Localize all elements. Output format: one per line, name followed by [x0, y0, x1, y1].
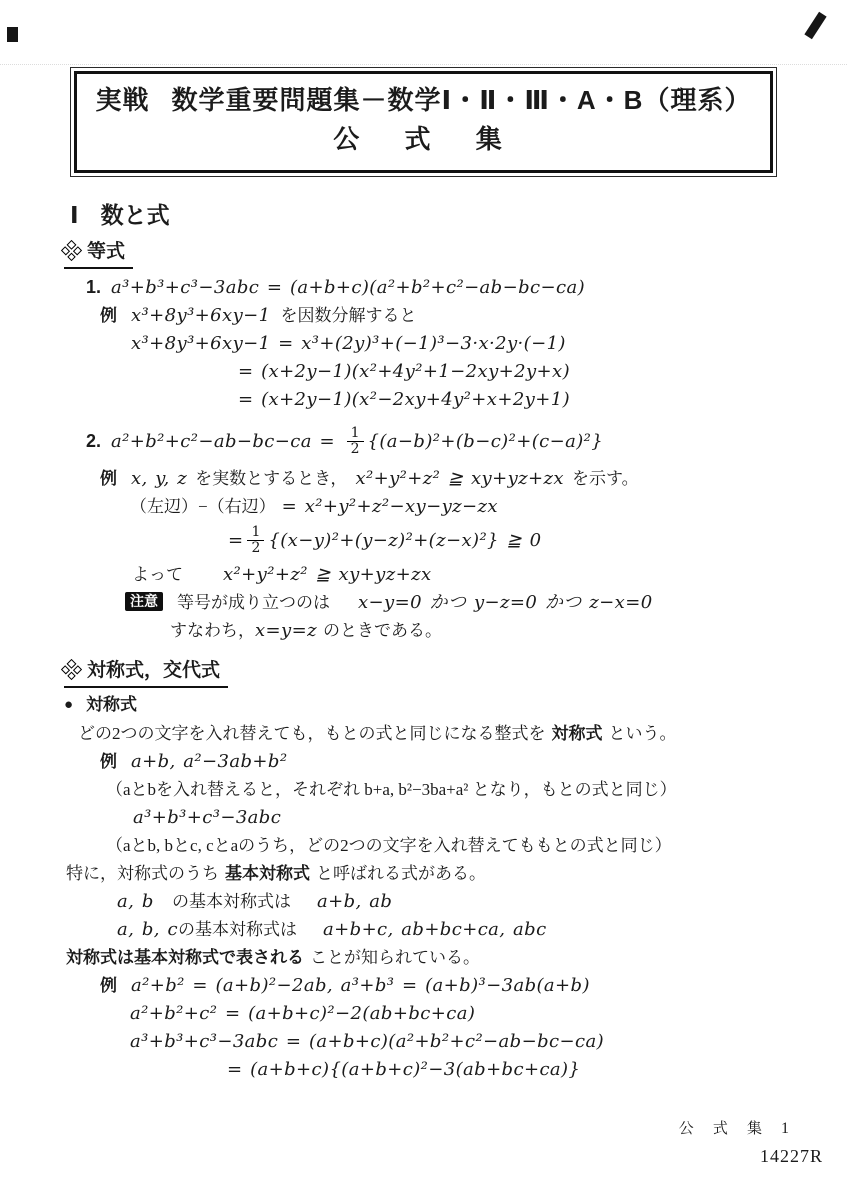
formula: = x²+y²+z²−xy−yz−zx: [282, 496, 498, 517]
text: よって: [132, 565, 183, 584]
topic-heading: ●対称式: [64, 691, 847, 720]
example-intro: 例x, y, zを実数とするとき，x²+y²+z² ≧ xy+yz+zxを示す。: [100, 465, 847, 493]
booklet-title-main: 数学重要問題集－数学Ⅰ・Ⅱ・Ⅲ・A・B（理系）: [172, 85, 752, 115]
formula: =: [228, 530, 243, 551]
derivation-line: x³+8y³+6xy−1 = x³+(2y)³+(−1)³−3·x·2y·(−1…: [131, 330, 847, 358]
subsection-heading-equality: 等式: [64, 240, 133, 269]
derivation-line: = (x+2y−1)(x²+4y²+1−2xy+2y+x): [238, 358, 847, 386]
text: の基本対称式は: [172, 892, 291, 911]
keyword: 対称式は基本対称式で表される: [66, 948, 304, 967]
booklet-title: 実戦数学重要問題集－数学Ⅰ・Ⅱ・Ⅲ・A・B（理系）: [77, 81, 770, 119]
formula: a+b, a²−3ab+b²: [131, 751, 287, 772]
text: 等号が成り立つのは: [177, 593, 330, 612]
text: （aとb, bとc, cとaのうち，どの2つの文字を入れ替えてももとの式と同じ）: [106, 836, 672, 855]
example-intro: 例x³+8y³+6xy−1を因数分解すると: [100, 302, 847, 330]
formula: x, y, z: [131, 468, 187, 489]
formula: a²+b²+c²−ab−bc−ca =: [111, 431, 343, 452]
item-number: 1.: [86, 277, 101, 297]
diamond-marker-icon: [61, 659, 82, 680]
formula: a+b+c, ab+bc+ca, abc: [323, 919, 547, 940]
footer-page-label: 公 式 集1: [679, 1117, 789, 1138]
example-label: 例: [100, 752, 117, 771]
fraction: 12: [247, 525, 264, 556]
footer-title: 公 式 集: [679, 1120, 765, 1137]
formula-line: a²+b²+c² = (a+b+c)²−2(ab+bc+ca): [130, 1000, 847, 1028]
formula: x=y=z: [255, 620, 317, 641]
text: のときである。: [323, 621, 442, 640]
footer-code: 14227R: [760, 1146, 823, 1167]
formula-line: a³+b³+c³−3abc: [133, 804, 847, 832]
booklet-subtitle: 公 式 集: [77, 119, 770, 159]
derivation-line: =12{(x−y)²+(y−z)²+(z−x)²} ≧ 0: [228, 521, 847, 561]
formula: {(a−b)²+(b−c)²+(c−a)²}: [368, 431, 604, 452]
text: を実数とするとき，: [195, 469, 347, 488]
fraction: 12: [347, 426, 364, 457]
text: 特に，対称式のうち: [66, 864, 219, 883]
formula: a³+b³+c³−3abc = (a+b+c)(a²+b²+c²−ab−bc−c…: [130, 1031, 604, 1052]
scan-artifact-line: [0, 64, 847, 65]
fraction-numerator: 1: [247, 525, 264, 540]
example-label: 例: [100, 469, 117, 488]
text: すなわち，: [170, 621, 255, 640]
example-label: 例: [100, 976, 117, 995]
example-intro: 例a²+b² = (a+b)²−2ab, a³+b³ = (a+b)³−3ab(…: [100, 972, 847, 1000]
title-box-inner: 実戦数学重要問題集－数学Ⅰ・Ⅱ・Ⅲ・A・B（理系） 公 式 集: [74, 71, 773, 173]
section-title: Ⅰ数と式: [70, 200, 847, 230]
formula: a+b, ab: [317, 891, 392, 912]
formula: a³+b³+c³−3abc = (a+b+c)(a²+b²+c²−ab−bc−c…: [111, 277, 585, 298]
scan-artifact-mark-right: [804, 12, 826, 40]
text: と呼ばれる式がある。: [316, 864, 486, 883]
paragraph: 特に，対称式のうち基本対称式と呼ばれる式がある。: [66, 860, 847, 888]
formula-item-1: 1.a³+b³+c³−3abc = (a+b+c)(a²+b²+c²−ab−bc…: [86, 273, 847, 302]
formula: x³+8y³+6xy−1: [131, 305, 270, 326]
diamond-marker-icon: [61, 240, 82, 261]
basis-row: a, b, cの基本対称式はa+b+c, ab+bc+ca, abc: [117, 916, 847, 944]
title-box: 実戦数学重要問題集－数学Ⅰ・Ⅱ・Ⅲ・A・B（理系） 公 式 集: [70, 67, 777, 177]
fraction-numerator: 1: [347, 426, 364, 441]
formula: a, b: [117, 888, 172, 916]
formula: a, b, c: [117, 916, 178, 944]
keyword: 基本対称式: [225, 864, 310, 883]
remark-line: （aとbを入れ替えると，それぞれ b+a, b²−3ba+a² となり，もとの式…: [106, 776, 847, 804]
text: （aとbを入れ替えると，それぞれ b+a, b²−3ba+a² となり，もとの式…: [106, 780, 677, 799]
section-numeral: Ⅰ: [70, 202, 79, 228]
bullet-icon: ●: [64, 696, 73, 713]
paragraph: 対称式は基本対称式で表されることが知られている。: [66, 944, 847, 972]
formula: x²+y²+z² ≧ xy+yz+zx: [355, 468, 564, 489]
section-name: 数と式: [101, 202, 170, 228]
keyword: 対称式: [552, 724, 603, 743]
formula: a³+b³+c³−3abc: [133, 807, 281, 828]
paragraph: どの2つの文字を入れ替えても，もとの式と同じになる整式を対称式という。: [78, 720, 847, 748]
topic-label: 対称式: [86, 695, 137, 714]
formula: a²+b² = (a+b)²−2ab, a³+b³ = (a+b)³−3ab(a…: [131, 975, 590, 996]
formula: x²+y²+z² ≧ xy+yz+zx: [223, 564, 432, 585]
note-badge: 注意: [125, 592, 163, 611]
derivation-line: （左辺）−（右辺）= x²+y²+z²−xy−yz−zx: [130, 493, 847, 521]
text: どの2つの文字を入れ替えても，もとの式と同じになる整式を: [78, 724, 546, 743]
basis-row: a, bの基本対称式はa+b, ab: [117, 888, 847, 916]
formula-item-2: 2.a²+b²+c²−ab−bc−ca = 12{(a−b)²+(b−c)²+(…: [86, 418, 847, 465]
formula: x³+8y³+6xy−1 = x³+(2y)³+(−1)³−3·x·2y·(−1…: [131, 333, 566, 354]
fraction-denominator: 2: [247, 540, 264, 556]
formula: = (x+2y−1)(x²+4y²+1−2xy+2y+x): [238, 361, 570, 382]
fraction-denominator: 2: [347, 441, 364, 457]
formula-line: a³+b³+c³−3abc = (a+b+c)(a²+b²+c²−ab−bc−c…: [130, 1028, 847, 1056]
scan-artifact-mark-left: [7, 27, 18, 42]
footer-page-number: 1: [781, 1120, 789, 1137]
text: という。: [609, 724, 677, 743]
text: （左辺）−（右辺）: [130, 497, 276, 516]
conclusion-line: よってx²+y²+z² ≧ xy+yz+zx: [132, 561, 847, 589]
item-number: 2.: [86, 431, 101, 451]
formula: {(x−y)²+(y−z)²+(z−x)²} ≧ 0: [268, 530, 541, 551]
text: を因数分解すると: [280, 306, 416, 325]
text: ことが知られている。: [310, 948, 480, 967]
formula-line: = (a+b+c){(a+b+c)²−3(ab+bc+ca)}: [227, 1056, 847, 1084]
formula: = (a+b+c){(a+b+c)²−3(ab+bc+ca)}: [227, 1059, 580, 1080]
text: の基本対称式は: [178, 920, 297, 939]
subsection-label: 対称式，交代式: [87, 660, 220, 681]
note-line: 注意等号が成り立つのはx−y=0 かつ y−z=0 かつ z−x=0: [125, 589, 847, 617]
formula-sheet-page: 実戦数学重要問題集－数学Ⅰ・Ⅱ・Ⅲ・A・B（理系） 公 式 集 Ⅰ数と式 等式 …: [0, 0, 847, 1200]
formula: a²+b²+c² = (a+b+c)²−2(ab+bc+ca): [130, 1003, 475, 1024]
note-line: すなわち，x=y=zのときである。: [170, 617, 847, 645]
subsection-label: 等式: [87, 241, 125, 262]
derivation-line: = (x+2y−1)(x²−2xy+4y²+x+2y+1): [238, 386, 847, 414]
subsection-heading-symmetric: 対称式，交代式: [64, 659, 228, 688]
example-intro: 例a+b, a²−3ab+b²: [100, 748, 847, 776]
booklet-title-prefix: 実戦: [96, 85, 150, 115]
remark-line: （aとb, bとc, cとaのうち，どの2つの文字を入れ替えてももとの式と同じ）: [106, 832, 847, 860]
text: を示す。: [572, 469, 639, 488]
formula: = (x+2y−1)(x²−2xy+4y²+x+2y+1): [238, 389, 570, 410]
example-label: 例: [100, 306, 117, 325]
formula: x−y=0 かつ y−z=0 かつ z−x=0: [358, 592, 653, 613]
